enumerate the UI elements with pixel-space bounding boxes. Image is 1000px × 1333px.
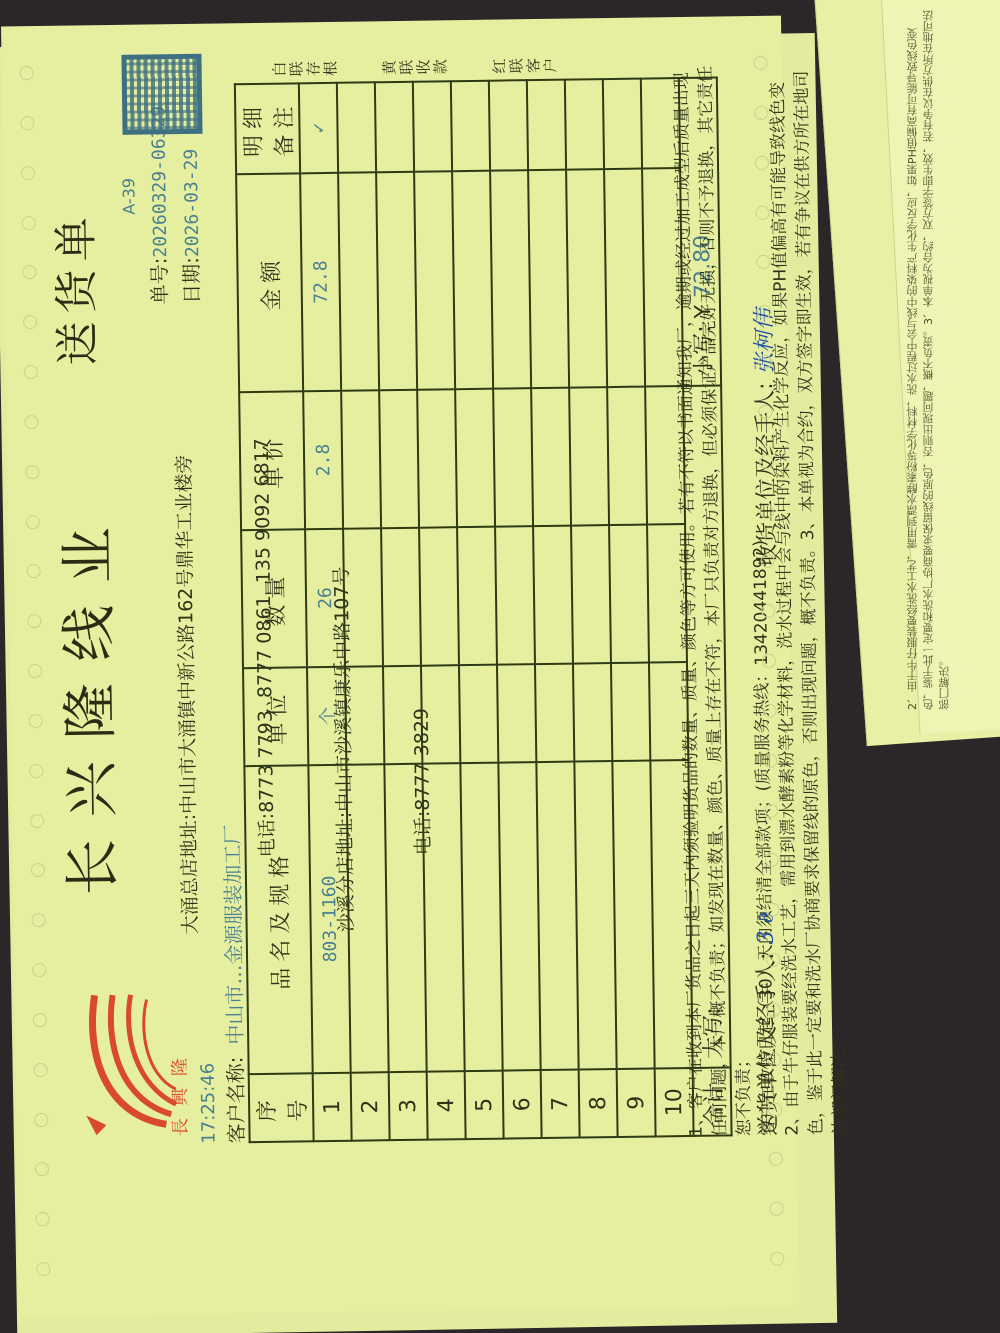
cell-no: 7 [541,1070,580,1139]
items-table: 序号 品名及规格 单位 数量 单价 金额 明细备注 1803-1160个262.… [234,77,733,1144]
company-name: 长兴隆线业 [44,505,129,896]
address-label: 大涌总店地址: [176,814,204,964]
customer-label: 客户名称: [223,1056,248,1143]
cell-qty: 26 [305,529,345,668]
cell-unit: 个 [307,667,346,766]
document-code: A-39 [119,178,139,215]
copy-label-white: 白联存根 [272,60,340,77]
cell-no: 4 [427,1071,466,1140]
col-header-name: 品名及规格 [244,765,312,1074]
cell-no: 2 [351,1072,390,1141]
col-header-amount: 金额 [236,173,303,392]
col-header-qty: 数量 [241,529,307,668]
order-no-label: 单号: [147,257,172,304]
cell-amount: 72.8 [300,173,341,392]
cell-no: 6 [503,1070,542,1139]
col-header-note: 明细备注 [235,83,300,174]
copy-labels: 白联存根 黄联收款 红联客户 [271,42,601,77]
delivery-note: 長興隆 长兴隆线业 送货单 大涌总店地址:中山市大涌镇中新公路162号鼎华工业楼… [1,16,799,1317]
cell-no: 9 [617,1068,656,1137]
cell-no: 3 [389,1072,428,1141]
col-header-no: 序号 [249,1073,314,1142]
date-label: 日期: [179,257,204,304]
cell-no: 1 [313,1073,352,1142]
col-header-unit: 单位 [243,667,308,766]
cell-note: ✓ [299,83,338,174]
customer-name: 中山市…金源服装加工厂 [220,824,247,1044]
qr-code-icon [121,54,202,135]
copy-label-yellow: 黄联收款 [382,58,450,75]
cell-no: 8 [579,1069,618,1138]
cell-name: 803-1160 [308,765,350,1074]
print-time: 17:25:46 [198,1063,220,1144]
order-meta: 单号:20260329-06329 日期:2026-03-29 [142,105,209,304]
col-header-price: 单价 [239,391,305,530]
order-date: 2026-03-29 [181,149,204,258]
cell-no: 5 [465,1071,504,1140]
logo-text: 長興隆 [165,1046,192,1136]
copy-label-red: 红联客户 [492,57,560,74]
document-title: 送货单 [40,209,106,366]
address-value: 中山市大涌镇中新公路162号鼎华工业楼旁 [171,455,202,815]
cell-price: 2.8 [303,391,343,530]
